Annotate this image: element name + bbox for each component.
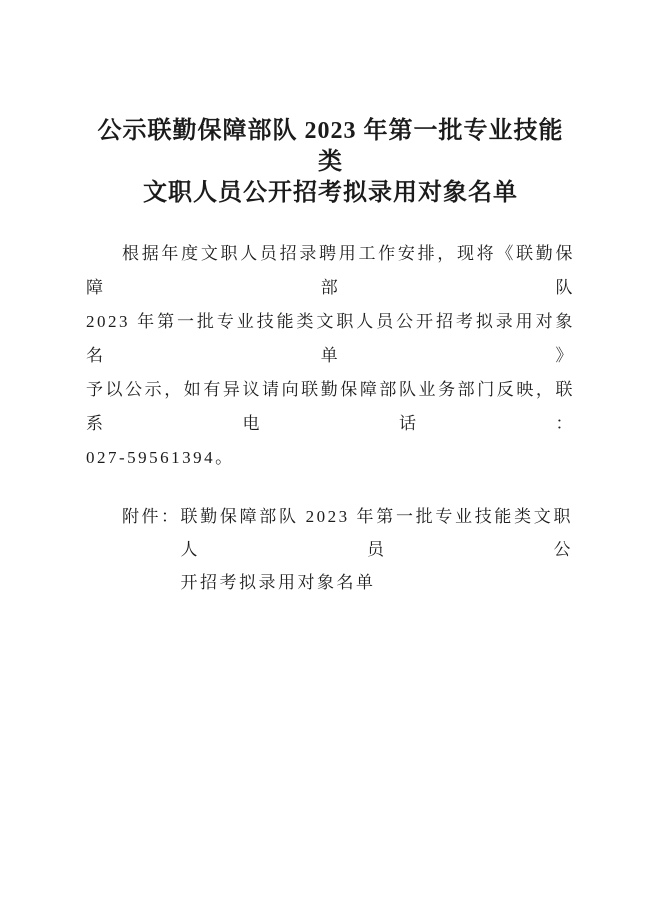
title-line-2: 文职人员公开招考拟录用对象名单 — [86, 178, 575, 209]
body-line-4-phone: 027-59561394。 — [86, 441, 575, 475]
body-paragraph: 根据年度文职人员招录聘用工作安排，现将《联勤保障部队 2023 年第一批专业技能… — [86, 237, 575, 475]
body-line-1: 根据年度文职人员招录聘用工作安排，现将《联勤保障部队 — [86, 237, 575, 305]
attachment-line-2: 开招考拟录用对象名单 — [181, 566, 574, 599]
document-title: 公示联勤保障部队 2023 年第一批专业技能类 文职人员公开招考拟录用对象名单 — [86, 116, 575, 209]
attachment-line-1: 联勤保障部队 2023 年第一批专业技能类文职人员公 — [181, 500, 574, 566]
body-line-3: 予以公示，如有异议请向联勤保障部队业务部门反映，联系电话： — [86, 373, 575, 441]
attachment-section: 附件： 联勤保障部队 2023 年第一批专业技能类文职人员公 开招考拟录用对象名… — [122, 500, 573, 599]
attachment-text: 联勤保障部队 2023 年第一批专业技能类文职人员公 开招考拟录用对象名单 — [181, 500, 574, 599]
body-line-2: 2023 年第一批专业技能类文职人员公开招考拟录用对象名单》 — [86, 305, 575, 373]
title-line-1: 公示联勤保障部队 2023 年第一批专业技能类 — [86, 116, 575, 178]
attachment-label: 附件： — [122, 500, 181, 533]
document-page: 公示联勤保障部队 2023 年第一批专业技能类 文职人员公开招考拟录用对象名单 … — [0, 0, 650, 919]
